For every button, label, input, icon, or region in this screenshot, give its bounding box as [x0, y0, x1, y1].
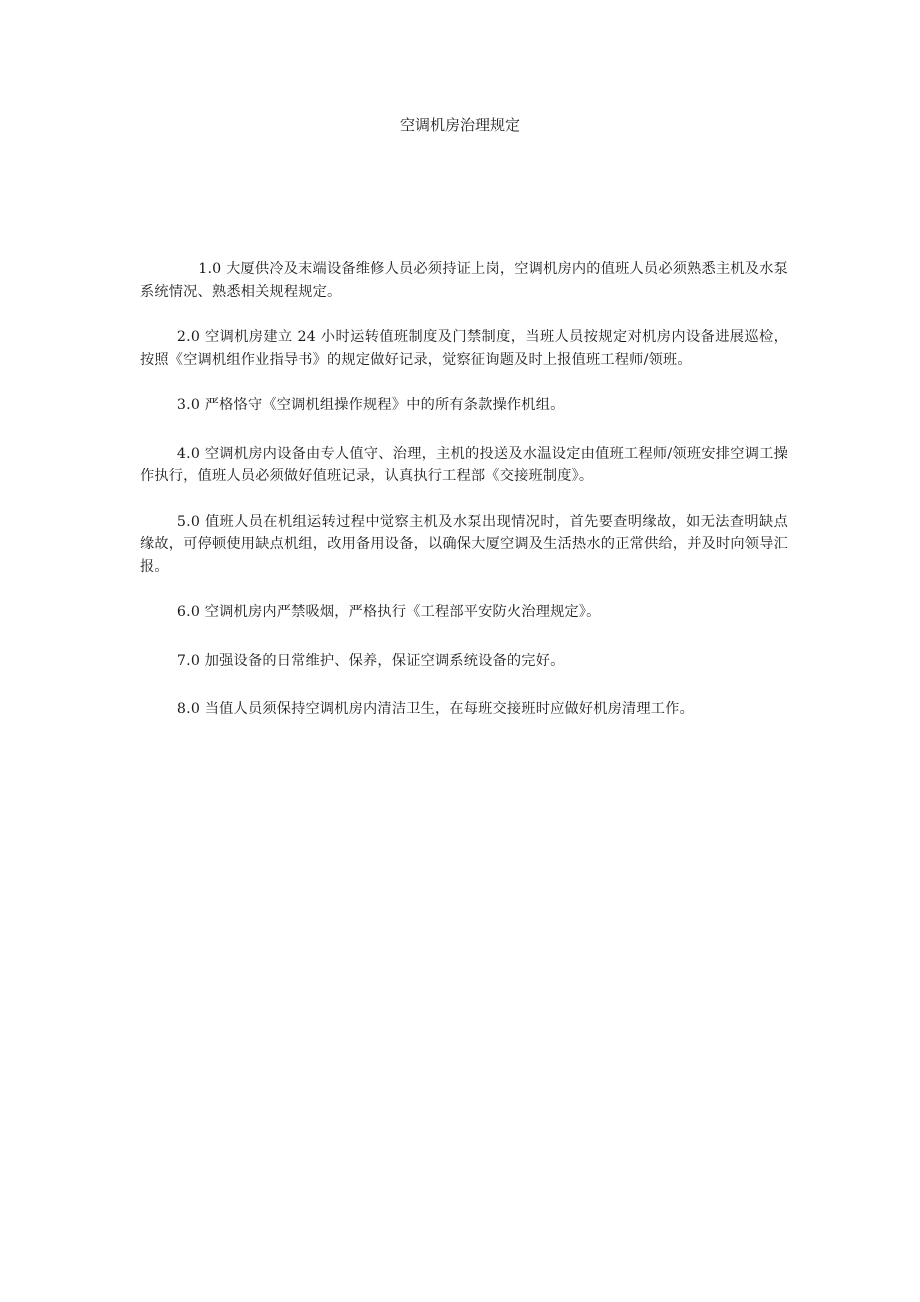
clause-8: 8.0 当值人员须保持空调机房内清洁卫生，在每班交接班时应做好机房清理工作。 — [140, 698, 788, 721]
clause-5: 5.0 值班人员在机组运转过程中觉察主机及水泵出现情况时，首先要查明缘故，如无法… — [140, 511, 788, 579]
clause-4: 4.0 空调机房内设备由专人值守、治理，主机的投送及水温设定由值班工程师/领班安… — [140, 443, 788, 488]
clause-7: 7.0 加强设备的日常维护、保养，保证空调系统设备的完好。 — [140, 650, 788, 673]
document-body: 1.0 大厦供冷及末端设备维修人员必须持证上岗，空调机房内的值班人员必须熟悉主机… — [140, 258, 788, 747]
clause-2: 2.0 空调机房建立 24 小时运转值班制度及门禁制度，当班人员按规定对机房内设… — [140, 326, 788, 371]
clause-6: 6.0 空调机房内严禁吸烟，严格执行《工程部平安防火治理规定》。 — [140, 601, 788, 624]
document-title: 空调机房治理规定 — [0, 115, 920, 135]
document-page: 空调机房治理规定 1.0 大厦供冷及末端设备维修人员必须持证上岗，空调机房内的值… — [0, 0, 920, 1302]
clause-1: 1.0 大厦供冷及末端设备维修人员必须持证上岗，空调机房内的值班人员必须熟悉主机… — [140, 258, 788, 303]
clause-3: 3.0 严格恪守《空调机组操作规程》中的所有条款操作机组。 — [140, 394, 788, 417]
